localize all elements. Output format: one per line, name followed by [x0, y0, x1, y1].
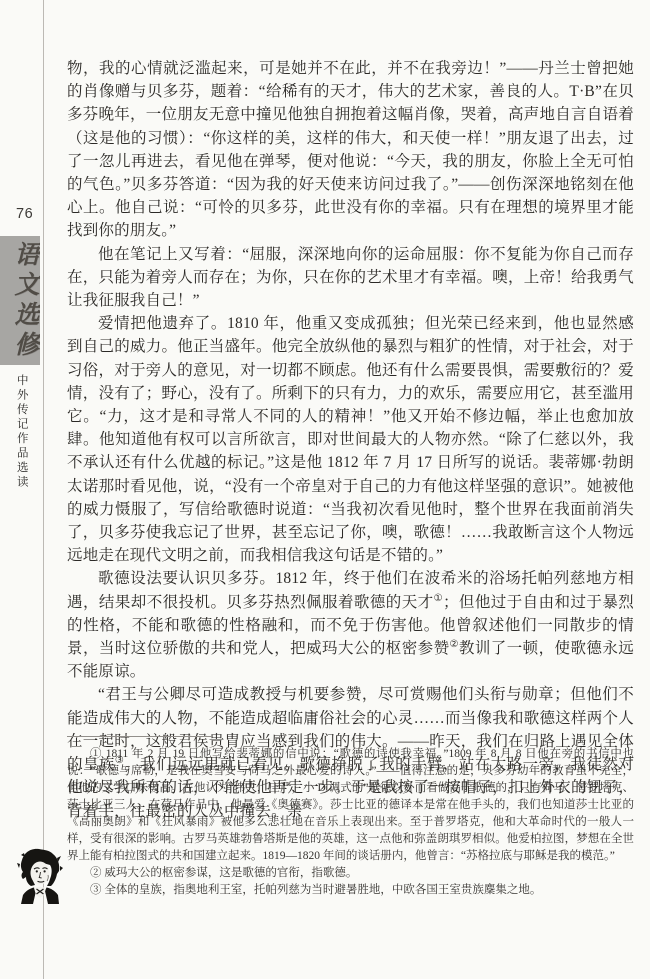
footnote-separator-line [67, 736, 213, 737]
footnote-area: ① 1811 年 2 月 19 日他写给裴蒂娜的信中说：“歌德的诗使我幸福。”1… [67, 736, 634, 899]
book-subtitle-vertical: 中外传记作品选读 [0, 374, 42, 494]
footnote-2: ② 威玛大公的枢密参谋，这是歌德的官衔，指歌德。 [67, 865, 634, 882]
paragraph-4: 歌德设法要认识贝多芬。1812 年，终于他们在波希米的浴场托帕列慈地方相遇，结果… [67, 567, 634, 683]
series-title-box: 语文选修 [0, 236, 40, 365]
margin-divider-line [43, 0, 44, 979]
paragraph-1: 物，我的心情就泛滥起来，可是她并不在此，并不在我旁边！”——丹兰士曾把她的肖像赠… [67, 57, 634, 243]
footnote-1: ① 1811 年 2 月 19 日他写给裴蒂娜的信中说：“歌德的诗使我幸福。”1… [67, 746, 634, 865]
book-subtitle-text: 中外传记作品选读 [15, 374, 27, 494]
body-text: 物，我的心情就泛滥起来，可是她并不在此，并不在我旁边！”——丹兰士曾把她的肖像赠… [67, 57, 634, 823]
page-number: 76 [16, 206, 33, 222]
paragraph-2: 他在笔记上又写着：“屈服，深深地向你的运命屈服：你不复能为你自己而存在，只能为着… [67, 243, 634, 313]
beethoven-portrait-image [17, 848, 63, 904]
footnote-3: ③ 全体的皇族，指奥地利王室，托帕列慈为当时避暑胜地，中欧各国王室贵族麇集之地。 [67, 882, 634, 899]
paragraph-3: 爱情把他遗弃了。1810 年，他重又变成孤独；但光荣已经来到，他也显然感到自己的… [67, 312, 634, 567]
series-calligraphy-text: 语文选修 [13, 241, 38, 361]
textbook-page: 76 语文选修 中外传记作品选读 物，我的心情就泛滥起来，可是她并不在此，并不在… [0, 0, 650, 979]
